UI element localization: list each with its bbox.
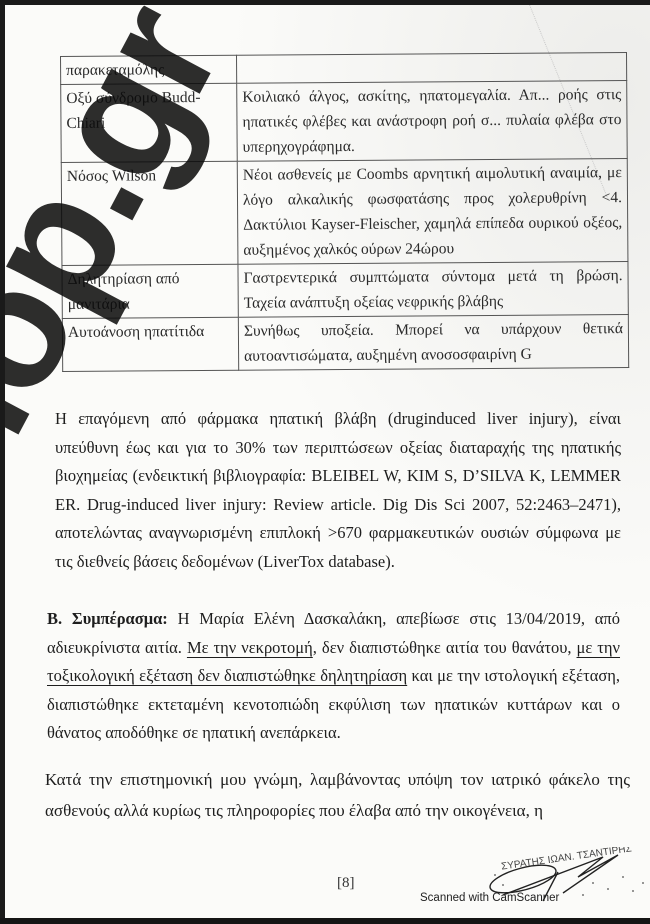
page-number: [8] (337, 875, 355, 892)
description-cell: Νέοι ασθενείς με Coombs αρνητική αιμολυτ… (237, 159, 628, 265)
table-row: Αυτοάνοση ηπατίτιδαΣυνήθως υποξεία. Μπορ… (62, 315, 628, 372)
paragraph-opinion: Κατά την επιστημονική μου γνώμη, λαμβάνο… (45, 765, 630, 826)
paragraph-drug-induced-liver-injury: Η επαγόμενη από φάρμακα ηπατική βλάβη (d… (55, 405, 621, 576)
table-row: Οξύ σύνδρομο Budd-ChiariΚοιλιακό άλγος, … (61, 81, 628, 163)
condition-cell: Οξύ σύνδρομο Budd-Chiari (61, 83, 238, 162)
description-cell: Γαστρεντερικά συμπτώματα σύντομα μετά τη… (238, 262, 628, 318)
description-cell (236, 53, 626, 84)
condition-cell: Αυτοάνοση ηπατίτιδα (62, 317, 238, 371)
condition-cell: Δηλητηρίαση από μανιτάρια (62, 264, 238, 318)
scanner-credit: Scanned with CamScanner (420, 892, 559, 904)
table-row: Δηλητηρίαση από μανιτάριαΓαστρεντερικά σ… (62, 262, 628, 319)
condition-cell: Νόσος Wilson (61, 161, 238, 265)
condition-cell: παρακεταμόλης (61, 55, 237, 84)
bottom-bar (0, 918, 650, 924)
conclusion-underline-autopsy: Με την νεκροτομή (187, 638, 313, 657)
conclusion-heading: Β. Συμπέρασμα: (47, 609, 168, 628)
diagnosis-table: παρακεταμόληςΟξύ σύνδρομο Budd-ChiariΚοι… (60, 52, 629, 372)
table-row: παρακεταμόλης (61, 53, 627, 85)
table-row: Νόσος WilsonΝέοι ασθενείς με Coombs αρνη… (61, 159, 628, 266)
description-cell: Κοιλιακό άλγος, ασκίτης, ηπατομεγαλία. Α… (237, 81, 628, 162)
paragraph-conclusion: Β. Συμπέρασμα: Η Μαρία Ελένη Δασκαλάκη, … (47, 605, 620, 748)
scanned-page: παρακεταμόληςΟξύ σύνδρομο Budd-ChiariΚοι… (5, 5, 650, 918)
description-cell: Συνήθως υποξεία. Μπορεί να υπάρχουν θετι… (238, 315, 628, 371)
conclusion-text-b: , δεν διαπιστώθηκε αιτία του θανάτου, (313, 638, 577, 657)
